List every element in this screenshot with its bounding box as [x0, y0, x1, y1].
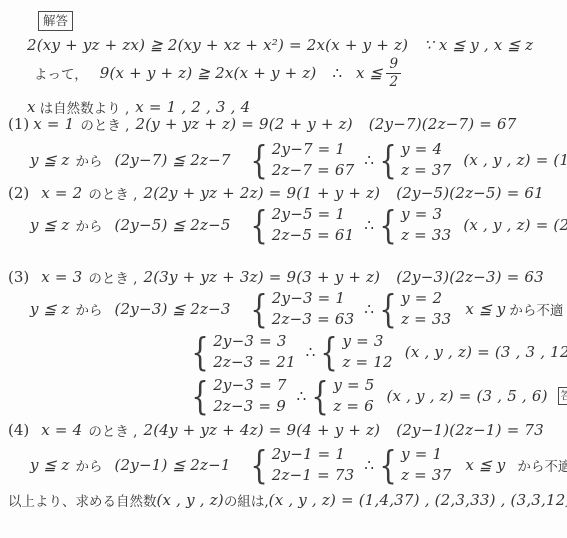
case4-notoki: のとき ,: [88, 420, 137, 440]
intro-because-clause: ∵ x ≦ y , x ≦ z: [424, 36, 533, 54]
case1-sys1-eq2: 2z−7 = 67: [272, 160, 355, 181]
case3-system2: { y = 2 z = 33: [376, 288, 451, 329]
case2-system1: { 2y−5 = 1 2z−5 = 61: [247, 204, 355, 245]
case3-r1-sys1-eq2: 2z−3 = 63: [272, 309, 355, 330]
case4-note-jp: から不適: [517, 455, 567, 475]
intro-inequality-line: 2(xy + yz + zx) ≧ 2(xy + xz + x²) = 2x(x…: [27, 36, 533, 54]
intro-math-1: 2(xy + yz + zx) ≧ 2(xy + xz + x²) = 2x(x…: [27, 36, 408, 54]
case1-sys2-eq2: z = 37: [401, 160, 451, 181]
case4-kara: から: [75, 455, 102, 475]
case2-sys2-eq2: z = 33: [401, 225, 451, 246]
case2-heading: (2) x = 2 のとき , 2(2y + yz + 2z) = 9(1 + …: [8, 183, 544, 203]
case1-ineq: (2y−7) ≦ 2z−7: [114, 151, 230, 169]
kaitou-answer-label: 解答: [38, 11, 73, 31]
left-brace-icon: {: [250, 206, 267, 244]
case4-ineq: (2y−1) ≦ 2z−1: [114, 456, 230, 474]
left-brace-icon: {: [321, 333, 338, 371]
case3-r2-sys2-eq2: z = 12: [342, 352, 392, 373]
left-brace-icon: {: [379, 206, 396, 244]
case4-heading: (4) x = 4 のとき , 2(4y + yz + 4z) = 9(4 + …: [8, 420, 544, 440]
case3-r1-sys2-eq2: z = 33: [401, 309, 451, 330]
fraction-numerator: 9: [386, 56, 401, 73]
therefore-symbol: ∴: [364, 300, 374, 318]
conclusion-jp-2: の組は,: [224, 490, 269, 510]
case3-x-value: x = 3: [41, 268, 82, 286]
therefore-symbol: ∴: [297, 387, 307, 405]
case4-equation: 2(4y + yz + 4z) = 9(4 + y + z): [143, 421, 380, 439]
case4-sys2-eq1: y = 1: [401, 444, 451, 465]
left-brace-icon: {: [312, 377, 329, 415]
case3-r3-system2: { y = 5 z = 6: [308, 375, 374, 416]
case1-yz-cond: y ≦ z: [30, 151, 69, 169]
case3-r2-sys1-eq2: 2z−3 = 21: [213, 352, 296, 373]
fraction-nine-halves: 9 2: [386, 56, 401, 89]
case1-sys1-eq1: 2y−7 = 1: [272, 139, 355, 160]
fraction-denominator: 2: [386, 74, 401, 90]
case1-system2: { y = 4 z = 37: [376, 139, 451, 180]
case3-ineq: (2y−3) ≦ 2z−3: [114, 300, 230, 318]
case3-r2-result: (x , y , z) = (3 , 3 , 12): [405, 343, 567, 361]
case1-system1: { 2y−7 = 1 2z−7 = 67: [247, 139, 355, 180]
case1-equation: 2(y + yz + z) = 9(2 + y + z): [135, 115, 352, 133]
case3-solution-row2: { 2y−3 = 3 2z−3 = 21 ∴ { y = 3 z = 12 (x…: [188, 330, 567, 374]
case1-notoki: のとき ,: [80, 114, 129, 134]
conclusion-xyz: (x , y , z): [157, 491, 224, 509]
case2-sys2-eq1: y = 3: [401, 204, 451, 225]
case2-ineq: (2y−5) ≦ 2z−5: [114, 216, 230, 234]
case3-r1-sys1-eq1: 2y−3 = 1: [272, 288, 355, 309]
case4-sys1-eq2: 2z−1 = 73: [272, 465, 355, 486]
case1-kara: から: [75, 150, 102, 170]
therefore-symbol: ∴: [364, 216, 374, 234]
case4-factored: (2y−1)(2z−1) = 73: [396, 421, 544, 439]
left-brace-icon: {: [379, 141, 396, 179]
case2-notoki: のとき ,: [88, 183, 137, 203]
case3-r2-sys1-eq1: 2y−3 = 3: [213, 331, 296, 352]
case1-heading: (1) x = 1 のとき , 2(y + yz + z) = 9(2 + y …: [8, 114, 516, 134]
therefore-symbol: ∴: [332, 64, 342, 82]
conclusion-line: 以上より、求める自然数 (x , y , z) の組は, (x , y , z)…: [8, 490, 567, 510]
case4-system2: { y = 1 z = 37: [376, 444, 451, 485]
case3-solution-row1: y ≦ z から (2y−3) ≦ 2z−3 { 2y−3 = 1 2z−3 =…: [30, 287, 563, 331]
case3-r1-note-jp: から不適: [509, 299, 563, 319]
case2-result: (x , y , z) = (2 , 3 , 33): [463, 216, 567, 234]
case4-number: (4): [8, 421, 29, 439]
case3-system1: { 2y−3 = 1 2z−3 = 63: [247, 288, 355, 329]
case2-number: (2): [8, 184, 29, 202]
left-brace-icon: {: [379, 446, 396, 484]
case2-kara: から: [75, 215, 102, 235]
case3-r1-sys2-eq1: y = 2: [401, 288, 451, 309]
case3-r1-note-math: x ≦ y: [465, 300, 505, 318]
case2-sys1-eq1: 2y−5 = 1: [272, 204, 355, 225]
case2-x-value: x = 2: [41, 184, 82, 202]
case4-solution-row: y ≦ z から (2y−1) ≦ 2z−1 { 2y−1 = 1 2z−1 =…: [30, 443, 567, 487]
case4-note-math: x ≦ y: [465, 456, 505, 474]
case3-r2-sys2-eq1: y = 3: [342, 331, 392, 352]
case3-kara: から: [75, 299, 102, 319]
case3-r3-sys2-eq1: y = 5: [333, 375, 374, 396]
case1-number: (1): [8, 115, 29, 133]
case3-solution-row3: { 2y−3 = 7 2z−3 = 9 ∴ { y = 5 z = 6 (x ,…: [188, 374, 567, 418]
case1-solution-row: y ≦ z から (2y−7) ≦ 2z−7 { 2y−7 = 1 2z−7 =…: [30, 138, 567, 182]
conclusion-jp-1: 以上より、求める自然数: [8, 490, 157, 510]
case1-x-value: x = 1: [33, 115, 74, 133]
therefore-symbol: ∴: [306, 343, 316, 361]
case2-factored: (2y−5)(2z−5) = 61: [396, 184, 544, 202]
case4-sys2-eq2: z = 37: [401, 465, 451, 486]
case1-sys2-eq1: y = 4: [401, 139, 451, 160]
left-brace-icon: {: [250, 446, 267, 484]
x-le-text: x ≦: [356, 64, 382, 82]
left-brace-icon: {: [250, 141, 267, 179]
case1-result: (x , y , z) = (1 , 4 , 37): [463, 151, 567, 169]
case2-equation: 2(2y + yz + 2z) = 9(1 + y + z): [143, 184, 380, 202]
case3-r3-sys1-eq1: 2y−3 = 7: [213, 375, 286, 396]
case3-yz-cond: y ≦ z: [30, 300, 69, 318]
case3-heading: (3) x = 3 のとき , 2(3y + yz + 3z) = 9(3 + …: [8, 267, 544, 287]
yotte-text: よって，: [34, 63, 88, 83]
case4-x-value: x = 4: [41, 421, 82, 439]
case3-equation: 2(3y + yz + 3z) = 9(3 + y + z): [143, 268, 380, 286]
answer-box: 答: [558, 387, 567, 405]
case3-r3-system1: { 2y−3 = 7 2z−3 = 9: [188, 375, 287, 416]
therefore-symbol: ∴: [364, 456, 374, 474]
case3-r2-system1: { 2y−3 = 3 2z−3 = 21: [188, 331, 296, 372]
case4-system1: { 2y−1 = 1 2z−1 = 73: [247, 444, 355, 485]
case3-r3-sys1-eq2: 2z−3 = 9: [213, 396, 286, 417]
left-brace-icon: {: [379, 290, 396, 328]
case3-r2-system2: { y = 3 z = 12: [317, 331, 392, 372]
case3-notoki: のとき ,: [88, 267, 137, 287]
case3-r3-result: (x , y , z) = (3 , 5 , 6): [386, 387, 547, 405]
left-brace-icon: {: [191, 377, 208, 415]
case2-system2: { y = 3 z = 33: [376, 204, 451, 245]
case4-yz-cond: y ≦ z: [30, 456, 69, 474]
case3-r3-sys2-eq2: z = 6: [333, 396, 374, 417]
therefore-symbol: ∴: [364, 151, 374, 169]
math-solution-page: 解答 2(xy + yz + zx) ≧ 2(xy + xz + x²) = 2…: [0, 0, 567, 538]
case2-yz-cond: y ≦ z: [30, 216, 69, 234]
case3-factored: (2y−3)(2z−3) = 63: [396, 268, 544, 286]
left-brace-icon: {: [191, 333, 208, 371]
left-brace-icon: {: [250, 290, 267, 328]
case1-factored: (2y−7)(2z−7) = 67: [369, 115, 517, 133]
case2-solution-row: y ≦ z から (2y−5) ≦ 2z−5 { 2y−5 = 1 2z−5 =…: [30, 203, 567, 247]
intro-ineq-2: 9(x + y + z) ≧ 2x(x + y + z): [100, 64, 317, 82]
case2-sys1-eq2: 2z−5 = 61: [272, 225, 355, 246]
intro-yotte-line: よって， 9(x + y + z) ≧ 2x(x + y + z) ∴ x ≦ …: [34, 56, 401, 90]
case3-number: (3): [8, 268, 29, 286]
conclusion-answers: (x , y , z) = (1,4,37) , (2,3,33) , (3,3…: [269, 491, 567, 509]
case4-sys1-eq1: 2y−1 = 1: [272, 444, 355, 465]
